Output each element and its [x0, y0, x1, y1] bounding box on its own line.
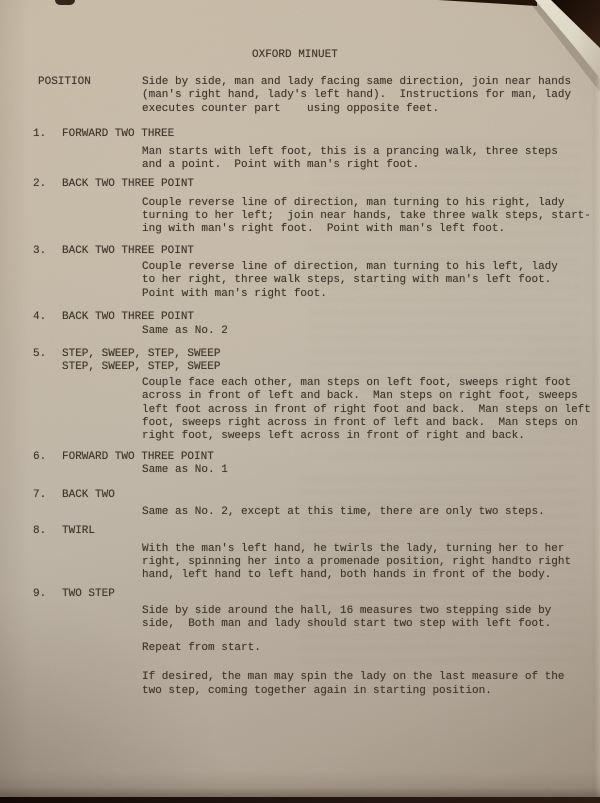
section-body-line: Couple face each other, man steps on lef…: [142, 377, 571, 390]
section-heading: BACK TWO THREE POINT: [62, 178, 194, 191]
section-body-line: left foot across in front of right foot …: [142, 404, 591, 417]
section-body-line: foot, sweeps right across in front of le…: [142, 417, 578, 430]
section-body-line: Couple reverse line of direction, man tu…: [142, 197, 564, 210]
section-heading: FORWARD TWO THREE: [62, 128, 174, 141]
section-number: 3.: [33, 245, 46, 258]
section-body-line: hand, left hand to left hand, both hands…: [142, 569, 551, 582]
section-number: 2.: [33, 178, 46, 191]
section-body-line: right foot, sweeps left across in front …: [142, 430, 525, 443]
section-number: 6.: [33, 451, 46, 464]
page-right-edge-highlight: [591, 77, 600, 797]
section-number: 8.: [33, 525, 46, 538]
section-heading: STEP, SWEEP, STEP, SWEEP: [62, 361, 220, 374]
section-heading: STEP, SWEEP, STEP, SWEEP: [62, 348, 220, 361]
scanned-typewritten-page: OXFORD MINUET POSITION Side by side, man…: [0, 0, 600, 803]
section-heading: BACK TWO: [62, 489, 115, 502]
section-body-line: Repeat from start.: [142, 642, 261, 655]
section-body-line: Side by side around the hall, 16 measure…: [142, 605, 551, 618]
section-number: 7.: [33, 489, 46, 502]
position-line: executes counter part using opposite fee…: [142, 103, 439, 116]
section-heading: BACK TWO THREE POINT: [62, 245, 194, 258]
section-body-line: Same as No. 2, except at this time, ther…: [142, 506, 545, 519]
page-top-edge-notch: [55, 0, 75, 5]
position-line: Side by side, man and lady facing same d…: [142, 76, 571, 89]
section-body-line: turning to her left; join near hands, ta…: [142, 210, 591, 223]
section-heading: TWIRL: [62, 525, 95, 538]
section-body-line: With the man's left hand, he twirls the …: [142, 543, 564, 556]
section-number: 1.: [33, 128, 46, 141]
section-body-line: If desired, the man may spin the lady on…: [142, 671, 564, 684]
section-body-line: Same as No. 1: [142, 464, 228, 477]
position-label: POSITION: [38, 76, 91, 89]
table-background-bottom: [0, 797, 600, 803]
page-bottom-shadow: [0, 787, 600, 797]
section-number: 4.: [33, 311, 46, 324]
section-heading: FORWARD TWO THREE POINT: [62, 451, 214, 464]
section-heading: TWO STEP: [62, 588, 115, 601]
section-heading: BACK TWO THREE POINT: [62, 311, 194, 324]
section-body-line: Man starts with left foot, this is a pra…: [142, 146, 558, 159]
page-title: OXFORD MINUET: [252, 49, 338, 62]
position-line: (man's right hand, lady's left hand). In…: [142, 89, 571, 102]
section-number: 5.: [33, 348, 46, 361]
section-body-line: and a point. Point with man's right foot…: [142, 159, 419, 172]
section-body-line: Couple reverse line of direction, man tu…: [142, 261, 558, 274]
section-body-line: two step, coming together again in start…: [142, 685, 492, 698]
section-body-line: right, spinning her into a promenade pos…: [142, 556, 571, 569]
section-body-line: Same as No. 2: [142, 325, 228, 338]
page-top-edge-gap: [438, 0, 537, 6]
section-body-line: side, Both man and lady should start two…: [142, 618, 551, 631]
section-number: 9.: [33, 588, 46, 601]
section-body-line: Point with man's right foot.: [142, 288, 327, 301]
section-body-line: ing with man's right foot. Point with ma…: [142, 223, 505, 236]
section-body-line: to her right, three walk steps, starting…: [142, 274, 551, 287]
section-body-line: across in front of left and back. Man st…: [142, 390, 578, 403]
